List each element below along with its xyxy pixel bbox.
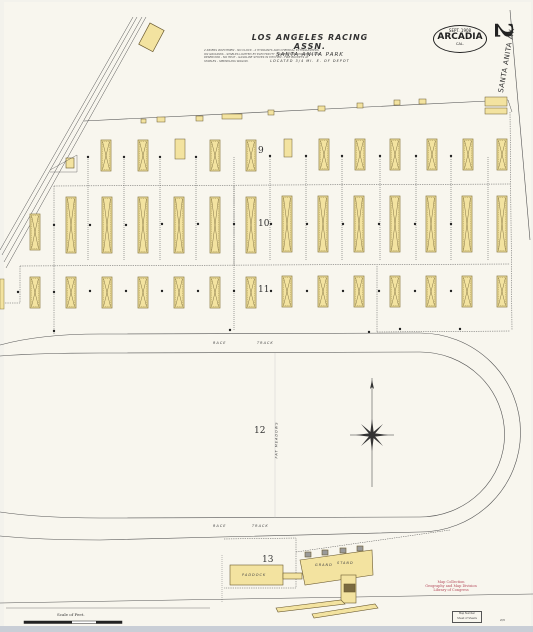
block-label: 9 <box>258 146 264 156</box>
city-stamp: SEPT. 1908 ARCADIA CAL. <box>433 25 487 53</box>
stalls-block-9 <box>101 139 507 171</box>
track-label: RACE <box>213 341 226 345</box>
track-label: TRACK <box>257 341 274 345</box>
library-stamp: Map Collection Geography and Map Divisio… <box>420 580 482 592</box>
stalls-block-11 <box>0 276 507 309</box>
stamp-state: CAL. <box>434 42 486 46</box>
map-drawing <box>0 0 533 632</box>
corner-note: 2/3 <box>500 618 505 622</box>
scan-edge <box>0 626 533 632</box>
fire-protection-notes: 2 RIDERS WATCHMEN - NO CLOCK - 2 HYDRANT… <box>204 49 320 63</box>
scale-bar <box>24 621 122 624</box>
block-label: 11 <box>258 285 269 295</box>
sheet-box: Map Number Sheet of Sheets <box>452 611 482 623</box>
track-label: TRACK <box>252 524 269 528</box>
compass-rose <box>350 378 394 487</box>
small-shed <box>66 158 74 168</box>
infield-label: FAT MEADOWS <box>274 422 278 459</box>
depot-building <box>139 23 164 52</box>
stamp-city: ARCADIA <box>434 33 486 42</box>
block-label: 13 <box>262 555 273 565</box>
scale-label: Scale of Feet. <box>57 612 85 617</box>
track-label: RACE <box>213 524 226 528</box>
race-track <box>0 333 521 540</box>
block-label: 12 <box>254 426 265 436</box>
grandstand-label: GRAND <box>315 563 333 567</box>
paddock-grandstand <box>230 546 378 618</box>
grandstand-label: STAND <box>337 561 354 565</box>
block-label: 10 <box>258 219 269 229</box>
paddock-label: PADDOCK <box>242 573 266 577</box>
